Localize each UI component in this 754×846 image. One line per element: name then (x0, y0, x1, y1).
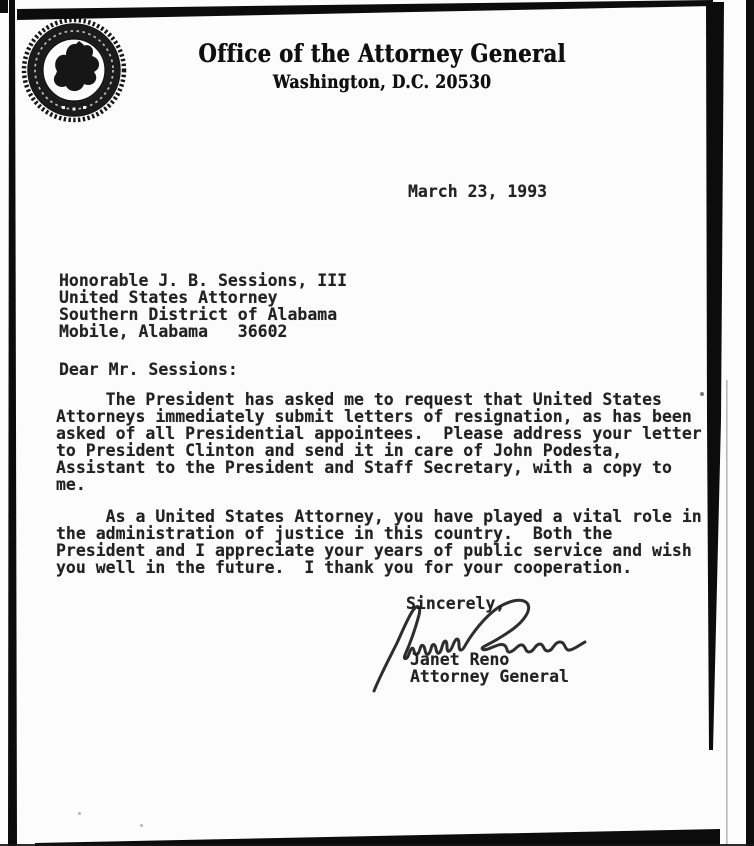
scan-edge-artifacts (0, 0, 754, 846)
scan-corner-patch (0, 0, 8, 13)
scan-crease-line (726, 380, 728, 846)
scanned-letter-page: Office of the Attorney General Washingto… (0, 0, 754, 846)
scan-edge-bottom (35, 829, 720, 846)
scan-edge-right (706, 2, 724, 750)
scan-edge-right-outer (746, 0, 754, 846)
scan-edge-top (17, 0, 713, 20)
scan-edge-left (8, 0, 17, 846)
